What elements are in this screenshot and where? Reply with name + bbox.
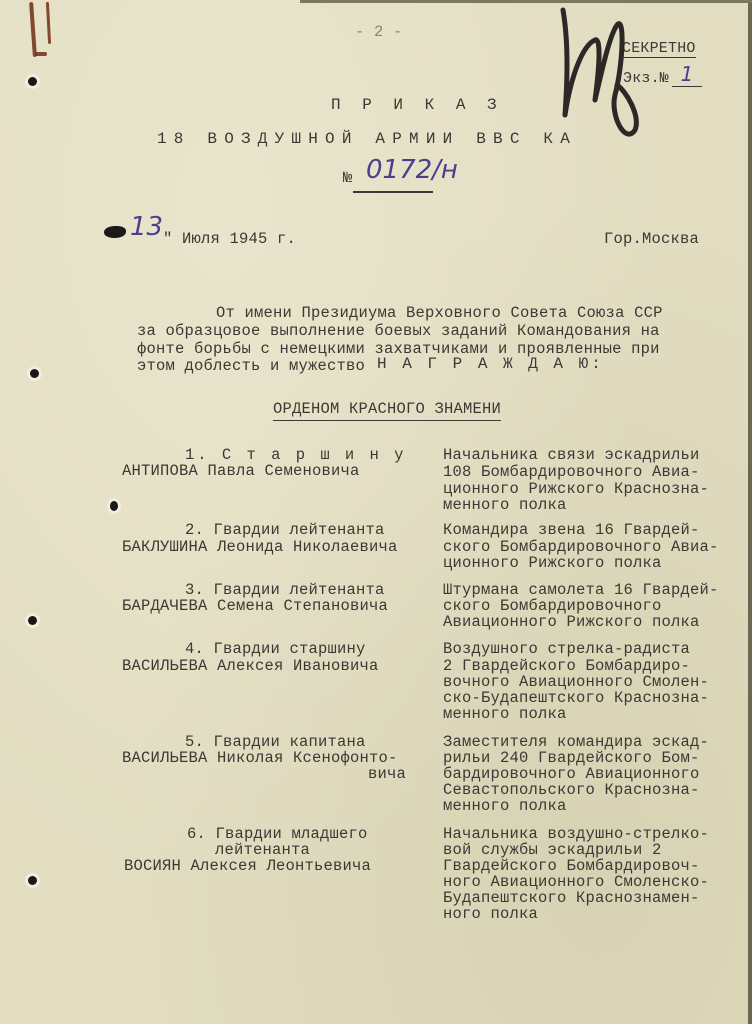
award-verb: Н А Г Р А Ж Д А Ю: [377, 356, 604, 373]
order-number-label: № [343, 170, 353, 187]
date-text: " Июля 1945 г. [163, 231, 296, 248]
staple-stain [35, 52, 47, 56]
handwritten-signature-mark [555, 5, 645, 145]
awardee-name-continuation: вича [368, 766, 406, 783]
page-edge-top [300, 0, 752, 3]
punch-hole [110, 501, 118, 511]
awardee-position: менного полка [443, 798, 567, 815]
awardee-position: Начальника связи эскадрильи [443, 447, 700, 464]
awardee-position: ционного Рижского полка [443, 555, 662, 572]
order-number-underline [353, 191, 433, 193]
awardee-position: Авиационного Рижского полка [443, 614, 700, 631]
awardee-name: АНТИПОВА Павла Семеновича [122, 463, 360, 480]
preamble-line: От имени Президиума Верховного Совета Со… [216, 305, 663, 322]
awardee-position: ного полка [443, 906, 538, 923]
order-number-value: 0172/н [366, 155, 458, 185]
awardee-position: менного полка [443, 706, 567, 723]
page-marker: - 2 - [355, 24, 403, 41]
preamble-line: за образцовое выполнение боевых заданий … [137, 323, 660, 340]
ink-blot [104, 226, 126, 238]
page-edge [748, 0, 752, 1024]
punch-hole [28, 616, 37, 625]
document-subtitle: 18 ВОЗДУШНОЙ АРМИИ ВВС КА [157, 131, 577, 148]
awardee-position: менного полка [443, 497, 567, 514]
awardee-rank: 4. Гвардии старшину [185, 641, 366, 658]
award-heading: ОРДЕНОМ КРАСНОГО ЗНАМЕНИ [273, 401, 501, 421]
awardee-name: ВАСИЛЬЕВА Николая Ксенофонто- [122, 750, 398, 767]
copy-number: 1 [672, 62, 702, 87]
awardee-position: 108 Бомбардировочного Авиа- [443, 464, 700, 481]
awardee-name: ВАСИЛЬЕВА Алексея Ивановича [122, 658, 379, 675]
awardee-position: Воздушного стрелка-радиста [443, 641, 690, 658]
place: Гор.Москва [604, 231, 699, 248]
preamble-line: этом доблесть и мужество [137, 358, 365, 375]
punch-hole [30, 369, 39, 378]
awardee-rank: 2. Гвардии лейтенанта [185, 522, 385, 539]
awardee-position: Командира звена 16 Гвардей- [443, 522, 700, 539]
punch-hole [28, 876, 37, 885]
awardee-name: БАРДАЧЕВА Семена Степановича [122, 598, 388, 615]
document-title: П Р И К А З [331, 97, 503, 114]
date-day: 13 [130, 212, 163, 242]
awardee-name: БАКЛУШИНА Леонида Николаевича [122, 539, 398, 556]
awardee-name: ВОСИЯН Алексея Леонтьевича [124, 858, 371, 875]
punch-hole [28, 77, 37, 86]
